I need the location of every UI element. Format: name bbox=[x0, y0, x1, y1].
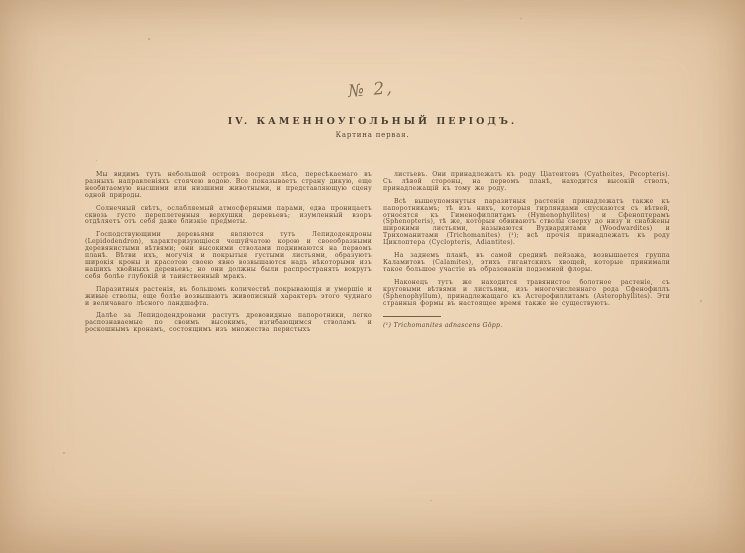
paragraph: Далѣе за Лепидодендронами растутъ древов… bbox=[85, 313, 372, 334]
paper-speck bbox=[700, 300, 702, 302]
paragraph: Всѣ вышеупомянутыя паразитныя растенія п… bbox=[383, 199, 670, 247]
column-left: Мы видимъ тутъ небольшой островъ посреди… bbox=[85, 172, 372, 340]
footnote-divider bbox=[383, 316, 441, 317]
chapter-subheading: Картина первая. bbox=[0, 131, 745, 139]
scanned-page: № 2, IV. КАМЕННОУГОЛЬНЫЙ ПЕРІОДЪ. Картин… bbox=[0, 0, 745, 553]
paper-speck bbox=[430, 500, 432, 501]
paragraph: листьевъ. Они принадлежатъ къ роду Ціате… bbox=[383, 172, 670, 193]
footnote: (¹) Trichomanites adnascens Göpp. bbox=[383, 322, 670, 329]
column-right: листьевъ. Они принадлежатъ къ роду Ціате… bbox=[383, 172, 670, 340]
paragraph: Наконецъ тутъ же находится травянистое б… bbox=[383, 280, 670, 308]
text-columns: Мы видимъ тутъ небольшой островъ посреди… bbox=[85, 172, 670, 340]
paragraph: Господствующими деревьями являются тутъ … bbox=[85, 232, 372, 280]
paper-speck bbox=[148, 38, 150, 40]
paragraph: Паразитныя растенія, въ большомъ количес… bbox=[85, 287, 372, 308]
paper-speck bbox=[63, 452, 65, 454]
paragraph: Мы видимъ тутъ небольшой островъ посреди… bbox=[85, 172, 372, 200]
paragraph: Солнечный свѣтъ, ослабляемый атмосферным… bbox=[85, 206, 372, 227]
chapter-heading: IV. КАМЕННОУГОЛЬНЫЙ ПЕРІОДЪ. bbox=[0, 116, 745, 127]
handwritten-number-mark: № 2, bbox=[347, 78, 394, 102]
paper-speck bbox=[520, 18, 522, 19]
paper-speck bbox=[96, 160, 97, 161]
paragraph: На заднемъ планѣ, въ самой срединѣ пейза… bbox=[383, 253, 670, 274]
